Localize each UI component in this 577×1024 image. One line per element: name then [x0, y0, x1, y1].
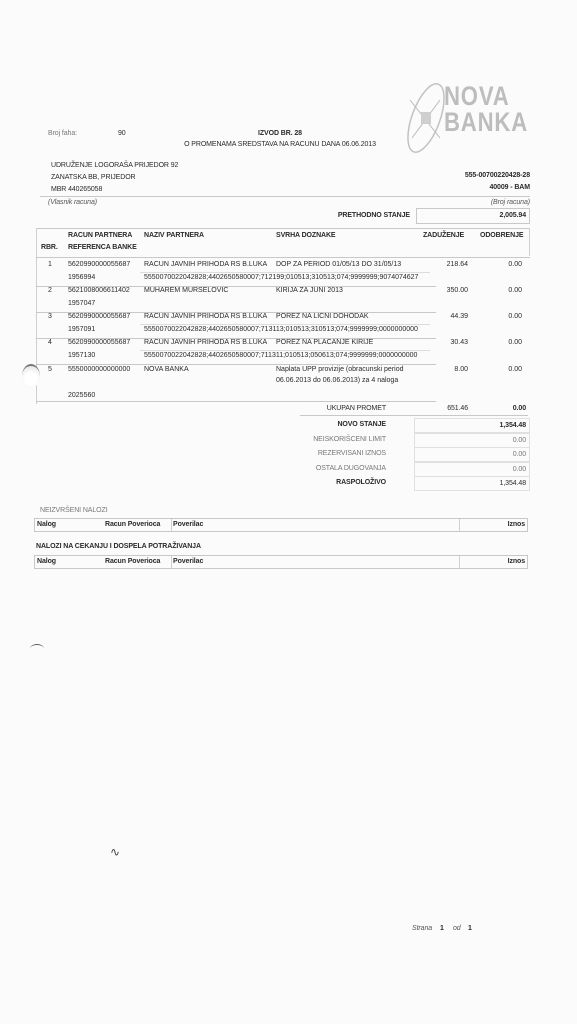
- col-reference-header: REFERENCA BANKE: [68, 244, 137, 251]
- transfer-purpose: DOP ZA PERIOD 01/05/13 DO 31/05/13: [276, 261, 401, 268]
- row-divider: [36, 401, 436, 402]
- debit-amount: 8.00: [400, 366, 468, 373]
- transfer-purpose-line2: 06.06.2013 do 06.06.2013) za 4 naloga: [276, 377, 398, 384]
- unexecuted-col-creditor-account: Racun Poverioca: [105, 521, 160, 528]
- pending-col-creditor-account: Racun Poverioca: [105, 558, 160, 565]
- col-account-header: RACUN PARTNERA: [68, 232, 132, 239]
- of-label: od: [453, 925, 461, 932]
- partner-account: 5621008006611402: [68, 287, 130, 294]
- unexecuted-col-sep: [171, 519, 172, 531]
- bank-reference: 1956994: [68, 274, 95, 281]
- transfer-purpose: POREZ NA LICNI DOHODAK: [276, 313, 369, 320]
- row-number: 2: [48, 287, 52, 294]
- pending-col-amount: Iznos: [508, 558, 525, 565]
- row-divider: [36, 364, 436, 365]
- row-number: 4: [48, 339, 52, 346]
- partner-account: 5620990000055687: [68, 339, 130, 346]
- payment-detail: 5550070022042828;4402650580007;711311;01…: [144, 352, 417, 359]
- unexecuted-col-creditor: Poverilac: [173, 521, 203, 528]
- payment-detail: 5550070022042828;4402650580007;713113;01…: [144, 326, 418, 333]
- detail-divider: [140, 324, 430, 325]
- pending-col-order: Nalog: [37, 558, 56, 565]
- bank-reference: 1957047: [68, 300, 95, 307]
- pending-title: NALOZI NA CEKANJU I DOSPELA POTRAŽIVANJA: [36, 543, 201, 550]
- summary-value-box: 0.00: [414, 447, 530, 462]
- partner-name: RACUN JAVNIH PRIHODA RS B.LUKA: [144, 313, 267, 320]
- partner-account: 5620990000055687: [68, 313, 130, 320]
- col-debit-header: ZADUŽENJE: [423, 232, 464, 239]
- debit-amount: 30.43: [400, 339, 468, 346]
- previous-balance-value: 2,005.94: [500, 212, 526, 219]
- partner-account: 5620990000055687: [68, 261, 130, 268]
- account-number: 555-00700220428-28: [380, 172, 530, 179]
- row-number: 5: [48, 366, 52, 373]
- debit-amount: 44.39: [400, 313, 468, 320]
- summary-label: OSTALA DUGOVANJA: [280, 465, 386, 472]
- sheet-number: 90: [118, 130, 126, 137]
- transfer-purpose: Naplata UPP provizije (obracunski period: [276, 366, 404, 373]
- owner-mbr: MBR 440265058: [51, 186, 102, 193]
- partner-name: MUHAREM MURSELOVIC: [144, 287, 228, 294]
- transfer-purpose: POREZ NA PLACANJE KIRIJE: [276, 339, 373, 346]
- total-debit: 651.46: [400, 405, 468, 412]
- page-label: Strana: [412, 925, 432, 932]
- summary-label: RASPOLOŽIVO: [280, 479, 386, 486]
- summary-label: NEISKORIŠCENI LIMIT: [280, 436, 386, 443]
- summary-value: 1,354.48: [500, 422, 526, 429]
- credit-amount: 0.00: [470, 261, 522, 268]
- unexecuted-col-sep-2: [459, 519, 460, 531]
- page-current: 1: [440, 925, 444, 932]
- col-credit-header: ODOBRENJE: [480, 232, 523, 239]
- scan-mark: [30, 644, 44, 653]
- summary-value: 0.00: [513, 437, 526, 444]
- credit-amount: 0.00: [470, 287, 522, 294]
- statement-subtitle: O PROMENAMA SREDSTAVA NA RACUNU DANA 06.…: [170, 141, 390, 148]
- unexecuted-col-order: Nalog: [37, 521, 56, 528]
- col-purpose-header: SVRHA DOZNAKE: [276, 232, 336, 239]
- transfer-purpose: KIRIJA ZA JUNI 2013: [276, 287, 343, 294]
- summary-value: 0.00: [513, 451, 526, 458]
- credit-amount: 0.00: [470, 313, 522, 320]
- punch-hole: [22, 364, 40, 388]
- sheet-label: Broj faha:: [48, 130, 77, 137]
- statement-title: IZVOD BR. 28: [180, 130, 380, 137]
- summary-value: 0.00: [513, 466, 526, 473]
- total-credit: 0.00: [470, 405, 526, 412]
- previous-balance-box: 2,005.94: [416, 208, 530, 224]
- partner-account: 5550000000000000: [68, 366, 130, 373]
- credit-amount: 0.00: [470, 339, 522, 346]
- payment-detail: 5550070022042828;4402650580007;712199;01…: [144, 274, 418, 281]
- col-rbr-header: RBR.: [41, 244, 58, 251]
- summary-value-box: 0.00: [414, 462, 530, 477]
- col-partner-header: NAZIV PARTNERA: [144, 232, 204, 239]
- unexecuted-col-amount: Iznos: [508, 521, 525, 528]
- previous-balance-label: PRETHODNO STANJE: [280, 212, 410, 219]
- header-divider: [36, 257, 530, 258]
- total-turnover-label: UKUPAN PROMET: [290, 405, 386, 412]
- row-number: 1: [48, 261, 52, 268]
- owner-address: ZANATSKA BB, PRIJEDOR: [51, 174, 136, 181]
- nova-banka-logo: NOVA BANKA: [396, 80, 526, 158]
- row-number: 3: [48, 313, 52, 320]
- owner-divider: [40, 196, 530, 197]
- partner-name: RACUN JAVNIH PRIHODA RS B.LUKA: [144, 261, 267, 268]
- pending-col-sep: [171, 556, 172, 568]
- summary-value-box: 1,354.48: [414, 476, 530, 491]
- owner-caption: (Vlasnik racuna): [48, 199, 97, 206]
- bank-reference: 1957091: [68, 326, 95, 333]
- logo-text-banka: BANKA: [444, 110, 528, 135]
- table-top-border: [36, 228, 530, 229]
- detail-divider: [140, 272, 430, 273]
- detail-divider: [140, 350, 430, 351]
- account-currency: 40009 - BAM: [380, 184, 530, 191]
- pending-table-header: Nalog Racun Poverioca Poverilac Iznos: [34, 555, 528, 569]
- unexecuted-title: NEIZVRŠENI NALOZI: [40, 507, 108, 514]
- owner-name: UDRUŽENJE LOGORAŠA PRIJEDOR 92: [51, 162, 178, 169]
- total-divider: [300, 415, 528, 416]
- table-right-border: [529, 228, 530, 256]
- pending-col-sep-2: [459, 556, 460, 568]
- summary-value: 1,354.48: [500, 480, 526, 487]
- credit-amount: 0.00: [470, 366, 522, 373]
- bank-reference: 1957130: [68, 352, 95, 359]
- debit-amount: 218.64: [400, 261, 468, 268]
- summary-value-box: 0.00: [414, 433, 530, 448]
- bank-reference: 2025560: [68, 392, 95, 399]
- debit-amount: 350.00: [400, 287, 468, 294]
- logo-text-nova: NOVA: [444, 84, 510, 109]
- summary-label: REZERVISANI IZNOS: [280, 450, 386, 457]
- page-total: 1: [468, 925, 472, 932]
- partner-name: RACUN JAVNIH PRIHODA RS B.LUKA: [144, 339, 267, 346]
- summary-label: NOVO STANJE: [280, 421, 386, 428]
- summary-value-box: 1,354.48: [414, 418, 530, 433]
- pen-mark: ∿: [110, 845, 120, 859]
- partner-name: NOVA BANKA: [144, 366, 189, 373]
- pending-col-creditor: Poverilac: [173, 558, 203, 565]
- account-caption: (Broj racuna): [380, 199, 530, 206]
- unexecuted-table-header: Nalog Racun Poverioca Poverilac Iznos: [34, 518, 528, 532]
